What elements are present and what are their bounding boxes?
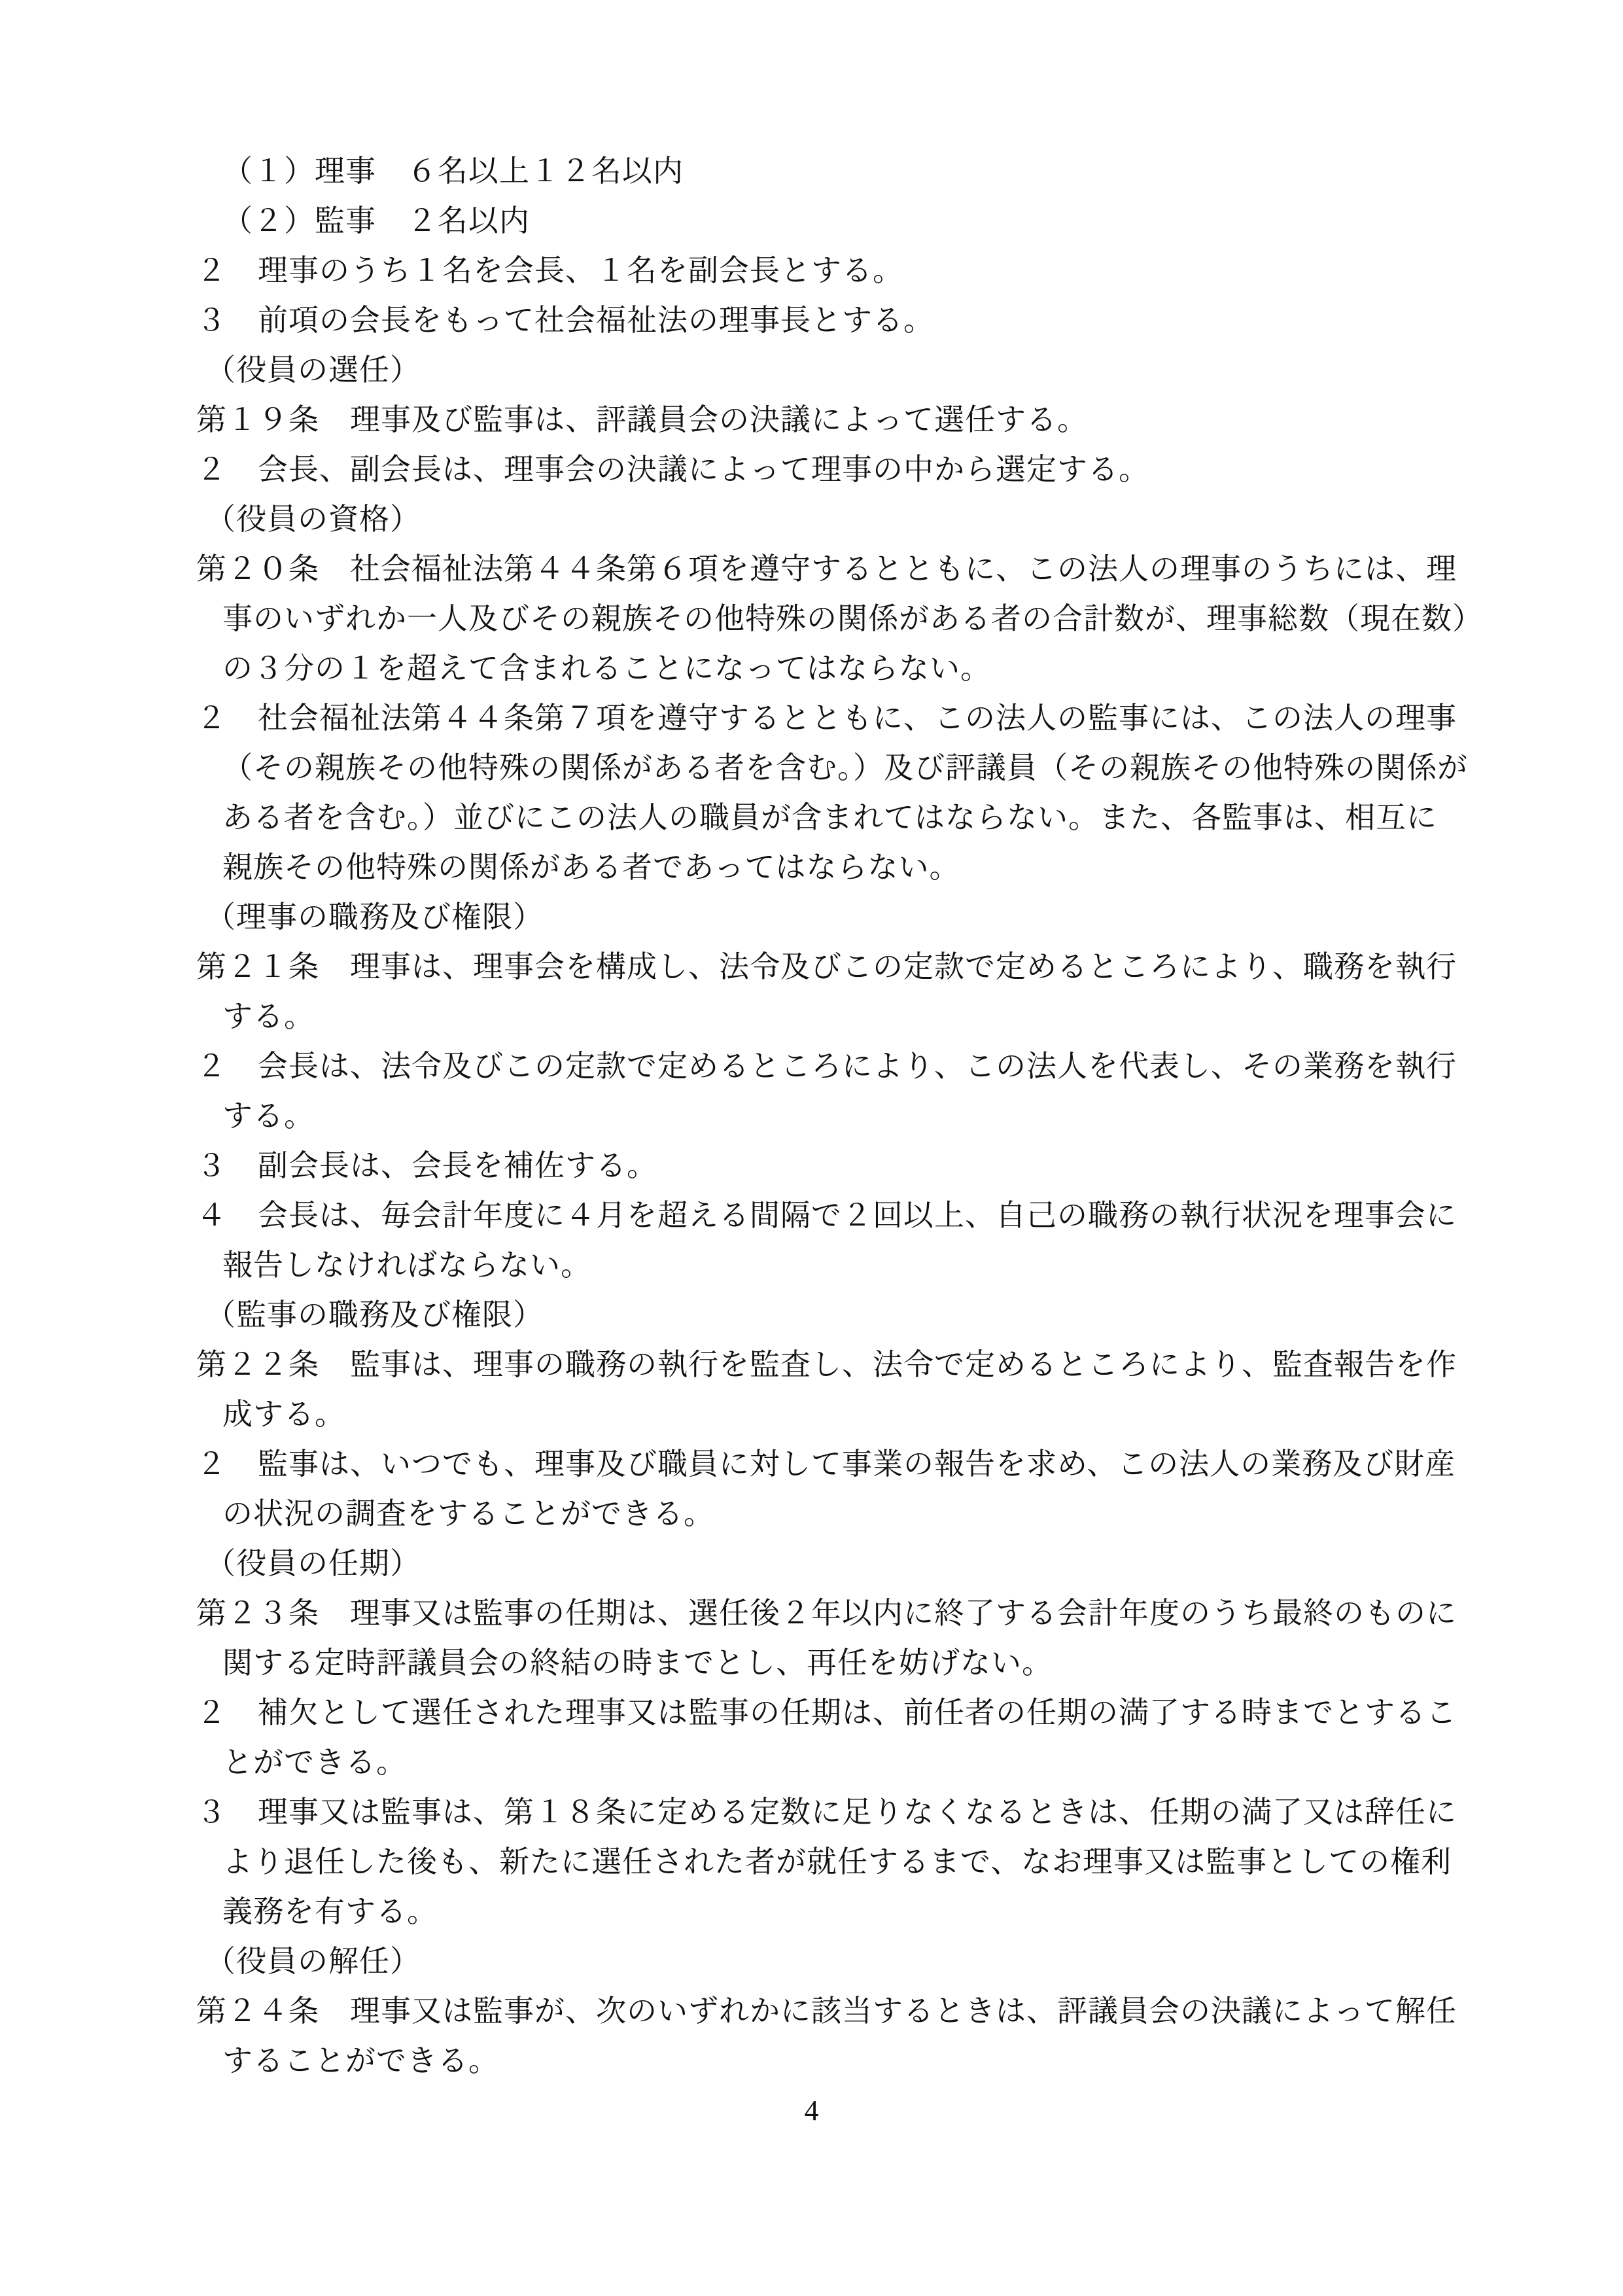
document-line: （１）理事 ６名以上１２名以内 <box>222 147 1478 196</box>
document-line: （役員の解任） <box>205 1937 1478 1987</box>
document-line: （役員の任期） <box>205 1539 1478 1589</box>
document-line: の状況の調査をすることができる。 <box>222 1489 1478 1539</box>
document-line: 第２０条 社会福祉法第４４条第６項を遵守するとともに、この法人の理事のうちには、… <box>196 544 1478 594</box>
document-line: （理事の職務及び権限） <box>205 892 1478 942</box>
document-line: 義務を有する。 <box>222 1887 1478 1937</box>
document-line: （その親族その他特殊の関係がある者を含む。）及び評議員（その親族その他特殊の関係… <box>222 743 1478 793</box>
document-line: する。 <box>222 992 1478 1042</box>
document-line: より退任した後も、新たに選任された者が就任するまで、なお理事又は監事としての権利 <box>222 1837 1478 1887</box>
document-line: ２ 補欠として選任された理事又は監事の任期は、前任者の任期の満了する時までとする… <box>196 1688 1478 1738</box>
document-line: 成する。 <box>222 1390 1478 1439</box>
document-line: （役員の選任） <box>205 345 1478 395</box>
document-line: 親族その他特殊の関係がある者であってはならない。 <box>222 843 1478 892</box>
document-line: 事のいずれか一人及びその親族その他特殊の関係がある者の合計数が、理事総数（現在数… <box>222 594 1478 644</box>
document-line: 第２２条 監事は、理事の職務の執行を監査し、法令で定めるところにより、監査報告を… <box>196 1340 1478 1390</box>
document-line: 報告しなければならない。 <box>222 1241 1478 1290</box>
document-line: ２ 理事のうち１名を会長、１名を副会長とする。 <box>196 246 1478 296</box>
document-line: ３ 副会長は、会長を補佐する。 <box>196 1141 1478 1191</box>
document-line: ４ 会長は、毎会計年度に４月を超える間隔で２回以上、自己の職務の執行状況を理事会… <box>196 1191 1478 1241</box>
document-line: ２ 会長、副会長は、理事会の決議によって理事の中から選定する。 <box>196 445 1478 495</box>
document-line: することができる。 <box>222 2036 1478 2086</box>
document-line: ３ 前項の会長をもって社会福祉法の理事長とする。 <box>196 296 1478 345</box>
document-line: ２ 社会福祉法第４４条第７項を遵守するとともに、この法人の監事には、この法人の理… <box>196 694 1478 743</box>
document-line: 第２３条 理事又は監事の任期は、選任後２年以内に終了する会計年度のうち最終のもの… <box>196 1589 1478 1638</box>
document-line: する。 <box>222 1091 1478 1141</box>
document-line: ３ 理事又は監事は、第１８条に定める定数に足りなくなるときは、任期の満了又は辞任… <box>196 1788 1478 1837</box>
document-line: 関する定時評議員会の終結の時までとし、再任を妨げない。 <box>222 1638 1478 1688</box>
document-line: とができる。 <box>222 1738 1478 1788</box>
document-line: の３分の１を超えて含まれることになってはならない。 <box>222 644 1478 694</box>
document-line: ある者を含む。）並びにこの法人の職員が含まれてはならない。また、各監事は、相互に <box>222 793 1478 843</box>
document-line: （役員の資格） <box>205 495 1478 544</box>
document-line: 第１９条 理事及び監事は、評議員会の決議によって選任する。 <box>196 395 1478 445</box>
document-line: （２）監事 ２名以内 <box>222 196 1478 246</box>
page-number: 4 <box>0 2086 1623 2136</box>
document-line: （監事の職務及び権限） <box>205 1290 1478 1340</box>
document-line: 第２１条 理事は、理事会を構成し、法令及びこの定款で定めるところにより、職務を執… <box>196 942 1478 992</box>
document-body: （１）理事 ６名以上１２名以内（２）監事 ２名以内２ 理事のうち１名を会長、１名… <box>196 147 1478 2086</box>
document-page: （１）理事 ６名以上１２名以内（２）監事 ２名以内２ 理事のうち１名を会長、１名… <box>0 0 1623 2296</box>
document-line: ２ 監事は、いつでも、理事及び職員に対して事業の報告を求め、この法人の業務及び財… <box>196 1439 1478 1489</box>
document-line: ２ 会長は、法令及びこの定款で定めるところにより、この法人を代表し、その業務を執… <box>196 1042 1478 1091</box>
document-line: 第２４条 理事又は監事が、次のいずれかに該当するときは、評議員会の決議によって解… <box>196 1987 1478 2036</box>
